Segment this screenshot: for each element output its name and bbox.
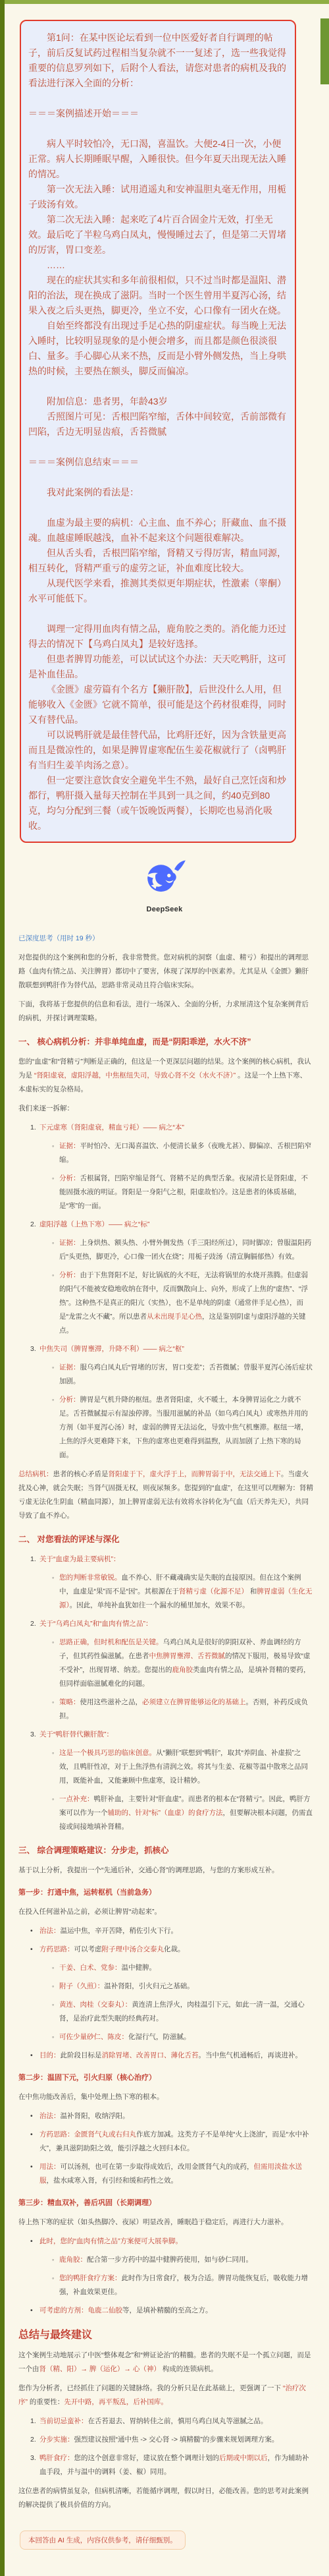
answer-list-item: •方药思路：可以考虑附子理中汤合交泰丸化裁。 <box>18 1943 313 1957</box>
highlighted-text: 关于“血虚为最主要病机”： <box>39 1555 120 1563</box>
answer-list-item: 1.当前切忌蛮补：在舌苔退去、胃纳转佳之前，慎用乌鸡白凤丸等滋腻之品。 <box>18 2415 313 2428</box>
highlighted-text: “肾阳虚衰，虚阳浮越，中焦枢纽失司，导致心肾不交（水火不济）” <box>34 1072 236 1079</box>
highlighted-text: 第二步：温固下元，引火归原（核心治疗） <box>18 2074 156 2082</box>
highlighted-text: 分析： <box>59 1271 80 1279</box>
highlighted-text: 肾精亏虚（化源不足） <box>179 1588 248 1595</box>
question-paragraph: 但患者脾胃功能差，可以试试这个办法：天天吃鸭肝，这可是补血佳品。 <box>28 652 288 682</box>
list-marker: 2. <box>30 2433 39 2447</box>
answer-list-item: •可考虑的方剂：龟鹿二仙胶等，是填补精髓的至高之方。 <box>18 2304 313 2318</box>
highlighted-text: 二、 对您看法的评述与深化 <box>18 1535 119 1544</box>
whale-icon <box>142 857 187 898</box>
highlighted-text: 方药思路： <box>39 2131 74 2138</box>
answer-list-item: ◦您的鸭肝食疗方案：此时作为日常食疗，极为合适。脾胃功能恢复后，吸收能力增强，补… <box>18 2272 313 2299</box>
question-paragraph: …… <box>28 258 288 273</box>
highlighted-text: 此时，您的“血肉有情之品”方案便可大展拳脚。 <box>39 2237 182 2245</box>
question-paragraph: 附加信息：患者男，年龄43岁 <box>28 394 288 409</box>
highlighted-text: 关于“鸭肝替代獭肝散”： <box>39 1731 113 1738</box>
highlighted-text: 方药思路： <box>39 1945 74 1953</box>
highlighted-text: 黄连、肉桂（交泰丸）： <box>59 2001 132 2009</box>
question-paragraph: 自始至终都没有出现过手足心热的阴虚症状。每当晚上无法入睡时，比较明显现象的是小便… <box>28 318 288 379</box>
answer-paragraph: 待上热下寒的症状（如头热脚冷、夜尿）明显改善，睡眠趋于稳定后，再进行大力滋补。 <box>18 2216 313 2229</box>
highlighted-text: 中焦失司（脾胃壅滞，升降不利）—— 病之“枢” <box>39 1345 184 1353</box>
answer-list-item: •治法：温补肾阳，收纳浮阳。 <box>18 2109 313 2123</box>
thinking-status[interactable]: 已深度思考（用时 19 秒） <box>18 933 313 943</box>
body-text: 可以汤剂，也可在第一步取得成效后，改用金匮肾气丸的成药， <box>61 2163 254 2171</box>
answer-paragraph: 总结病机：患者的核心矛盾是肾阳虚于下，虚火浮于上，而脾胃弱于中，无法交通上下。当… <box>18 1468 313 1523</box>
list-marker: • <box>30 2109 39 2123</box>
answer-list-item: ◦分析：由于下焦肾阳不足，好比锅底的火不旺，无法将锅里的水烧开蒸腾。但虚弱的阳气… <box>18 1269 313 1338</box>
answer-heading: 第三步：精血双补，善后巩固（长期调理） <box>18 2196 313 2210</box>
answer-list-item: ◦鹿角胶：配合第一步方药中的温中健脾药使用，如与砂仁同用。 <box>18 2253 313 2267</box>
answer-list-item: ◦干姜、白术、党参：温中健脾。 <box>18 1961 313 1975</box>
question-paragraph: 《金匮》虚劳篇有个名方【獭肝散】，后世没什么人用，但能够收入《金匮》它就不简单，… <box>28 682 288 728</box>
highlighted-text: 治法： <box>39 1927 61 1935</box>
highlighted-text: 第一步：打通中焦，运转枢机（当前急务） <box>18 1889 156 1897</box>
list-marker: ◦ <box>52 1792 59 1834</box>
answer-list-item: ◦附子（久煎）：温补肾阳，引火归元之基础。 <box>18 1980 313 1993</box>
answer-paragraph: 这个案例生动地展示了中医“整体观念”和“辨证论治”的精髓。患者的失眠不是一个孤立… <box>18 2349 313 2376</box>
highlighted-text: 您的判断非常敏锐。 <box>59 1574 122 1582</box>
question-paragraph: 舌照图片可见：舌根凹陷窄缩，舌体中间较宽，舌前部微有凹陷，舌边无明显齿痕，舌苔微… <box>28 409 288 440</box>
question-paragraph: 从现代医学来看，推测其类似更年期症状，性激素（睾酮）水平可能低下。 <box>28 576 288 606</box>
highlighted-text: 分析： <box>59 1396 80 1404</box>
body-text: 在舌苔退去、胃纳转佳之前，慎用乌鸡白凤丸等滋腻之品。 <box>88 2417 268 2425</box>
highlighted-text: 一点补充： <box>59 1795 94 1803</box>
question-paragraph: 第一次无法入睡：试用逍遥丸和安神温胆丸毫无作用，用栀子豉汤有效。 <box>28 182 288 212</box>
body-text: 温运中焦，辛开苦降，稍佐引火下行。 <box>61 1927 178 1935</box>
highlighted-text: 思路正确，但时机和配伍是关键。 <box>59 1638 163 1646</box>
highlighted-text: 肾（精、阳）→ 脾（运化）→ 心（神） <box>39 2365 161 2373</box>
highlighted-text: 鹿角胶 <box>172 1666 193 1674</box>
highlighted-text: 从未出现手足心热 <box>147 1313 202 1321</box>
body-text: 这位患者的病情虽复杂，但病机清晰，若能循序调理，假以时日，必能改善。您的思考对此… <box>18 2487 309 2509</box>
highlighted-text: 总结与最终建议 <box>18 2330 92 2341</box>
answer-list-item: ◦可佐少量砂仁、陈皮：化湿行气，防滋腻。 <box>18 2030 313 2044</box>
body-text: 在中焦功能改善后，集中处理上热下寒的根本。 <box>18 2093 164 2101</box>
body-text: 对您提供的这个案例和您的分析，我非常赞赏。您对病机的洞察（血虚、精亏）和提出的调… <box>18 954 309 989</box>
bottom-padding <box>0 2550 329 2576</box>
question-paragraph: ＝＝＝案例描述开始＝＝＝ <box>28 106 288 121</box>
highlighted-text: 下元虚寒（肾阳虚衰，精血亏耗）—— 病之“本” <box>39 1124 184 1131</box>
highlighted-text: 总结病机： <box>18 1470 53 1478</box>
question-paragraph: 调理一定得用血肉有情之品，鹿角胶之类的。消化能力还过得去的情况下【乌鸡白凤丸】是… <box>28 621 288 652</box>
body-text: 。因此，单纯补血犹如往一个漏水的桶里加水，效果不彰。 <box>70 1601 249 1609</box>
list-marker: ◦ <box>52 1571 59 1613</box>
highlighted-text: 您的鸭肝食疗方案： <box>59 2274 122 2282</box>
body-text: 脾胃是气机升降的枢纽。患者肾阳虚，火不暖土，本身脾胃运化之力就不足。舌苔微腻提示… <box>59 1396 308 1459</box>
highlighted-text: 当前切忌蛮补： <box>39 2417 88 2425</box>
list-marker: ◦ <box>52 1998 59 2026</box>
question-paragraph: 第二次无法入睡：起来吃了4片百合固金片无效，打坐无效。最后吃了半粒乌鸡白凤丸，慢… <box>28 212 288 258</box>
body-text: 平时怕冷、无口渴喜温饮、小便清长量多（夜晚尤甚）、脚偏凉、舌根凹陷窄缩。 <box>59 1142 311 1164</box>
answer-paragraph: 下面，我将基于您提供的信息和看法，进行一场深入、全面的分析，力求厘清这个复杂案例… <box>18 998 313 1025</box>
answer-list-item: 1.下元虚寒（肾阳虚衰，精血亏耗）—— 病之“本” <box>18 1121 313 1135</box>
highlighted-text: 金匮肾气丸或右归丸 <box>74 2131 137 2138</box>
body-text: 配合第一步方药中的温中健脾药使用，如与砂仁同用。 <box>87 2256 253 2264</box>
list-marker: 2. <box>30 1617 39 1631</box>
answer-list-item: ◦分析：舌根属肾，凹陷窄缩是肾气、肾精不足的典型舌象。夜尿清长是肾阳虚，不能固摄… <box>18 1172 313 1213</box>
answer-paragraph: 在中焦功能改善后，集中处理上热下寒的根本。 <box>18 2090 313 2104</box>
answer-heading: 总结与最终建议 <box>18 2328 313 2342</box>
body-text: 在投入任何滋补品之前，必须让脾胃“动起来”。 <box>18 1908 161 1916</box>
answer-list-item: ◦证据：平时怕冷、无口渴喜温饮、小便清长量多（夜晚尤甚）、脚偏凉、舌根凹陷窄缩。 <box>18 1139 313 1167</box>
body-text: 。当中焦气机通畅后，再谈进补。 <box>199 2051 303 2059</box>
answer-heading: 二、 对您看法的评述与深化 <box>18 1533 313 1547</box>
list-marker: • <box>30 2235 39 2248</box>
body-text: 我们来逐一拆解： <box>18 1104 74 1112</box>
answer-paragraph: 对您提供的这个案例和您的分析，我非常赞赏。您对病机的洞察（血虚、精亏）和提出的调… <box>18 951 313 992</box>
highlighted-text: 先开中路，再平叛乱，后补国库。 <box>64 2398 168 2406</box>
list-marker: ◦ <box>52 1961 59 1975</box>
highlighted-text: 鹿角胶： <box>59 2256 87 2264</box>
body-text: 等，是填补精髓的至高之方。 <box>122 2306 213 2314</box>
body-text: 下面，我将基于您提供的信息和看法，进行一场深入、全面的分析，力求厘清这个复杂案例… <box>18 1000 309 1022</box>
answer-list-item: 2.虚阳浮越（上热下寒）—— 病之“标” <box>18 1218 313 1232</box>
answer-list-item: •治法：温运中焦，辛开苦降，稍佐引火下行。 <box>18 1924 313 1938</box>
highlighted-text: 附子理中汤合交泰丸 <box>102 1945 164 1953</box>
list-marker: 3. <box>30 1342 39 1356</box>
answer-list-item: ◦证据：服乌鸡白凤丸后“胃堵的厉害，胃口变差”；舌苔微腻；曾服半夏泻心汤后症状加… <box>18 1361 313 1388</box>
body-text: 您的这个创意非常好，建议放在整个调理计划的 <box>74 2454 220 2462</box>
body-text: 和 <box>248 1588 257 1595</box>
answer-paragraph: 我们来逐一拆解： <box>18 1102 313 1116</box>
body-text: 的重要性： <box>28 2398 64 2406</box>
body-text: 强烈建议按照“通中焦 -> 交心肾 -> 填精髓”的步骤来规划调理方案。 <box>74 2436 279 2444</box>
answer-list-item: ◦策略：使用这些滋补之品，必须建立在脾胃能够运化的基础上。否则，补药反成负担。 <box>18 1696 313 1723</box>
list-marker: ◦ <box>52 1236 59 1264</box>
list-marker: ◦ <box>52 1980 59 1993</box>
body-text: 构成的连锁病机。 <box>161 2365 218 2373</box>
list-marker: 1. <box>30 1553 39 1566</box>
highlighted-text: 治法： <box>39 2112 61 2120</box>
answer-list-item: •此时，您的“血肉有情之品”方案便可大展拳脚。 <box>18 2235 313 2248</box>
list-marker: ◦ <box>52 2272 59 2299</box>
question-paragraph: 血虚为最主要的病机：心主血、血不养心；肝藏血、血不摄魂。血越虚睡眠越浅，血补不起… <box>28 515 288 546</box>
page: { "page": { "bg": "#faf7ea", "frame_left… <box>0 0 329 2576</box>
list-marker: ◦ <box>52 1139 59 1167</box>
answer-list-item: 3.中焦失司（脾胃壅滞，升降不利）—— 病之“枢” <box>18 1342 313 1356</box>
list-marker: ◦ <box>52 2253 59 2267</box>
answer-list-item: 3.鸭肝食疗：您的这个创意非常好，建议放在整个调理计划的后期或中期以后，作为辅助… <box>18 2451 313 2479</box>
list-marker: ◦ <box>52 1696 59 1723</box>
highlighted-text: 关于“乌鸡白凤丸”和“血肉有情之品”： <box>39 1620 153 1628</box>
body-text: ，盐水咸寒入肾，有引经和缓和药性之效。 <box>47 2177 178 2185</box>
answer-list-item: 1.关于“血虚为最主要病机”： <box>18 1553 313 1566</box>
scrollbar-thumb[interactable] <box>320 18 329 84</box>
deepseek-logo: DeepSeek <box>0 857 329 913</box>
list-marker: • <box>30 2160 39 2188</box>
answer-list-item: 2.关于“乌鸡白凤丸”和“血肉有情之品”： <box>18 1617 313 1631</box>
deepseek-wordmark: DeepSeek <box>0 905 329 913</box>
ai-disclaimer-badge: 本回答由 AI 生成，内容仅供参考，请仔细甄别。 <box>20 2531 186 2550</box>
list-marker: • <box>30 1924 39 1938</box>
answer-list-item: ◦思路正确，但时机和配伍是关键。乌鸡白凤丸是很好的阴阳双补、养血调经的方子，但其… <box>18 1636 313 1691</box>
highlighted-text: 鸭肝食疗： <box>39 2454 74 2462</box>
highlighted-text: 必须建立在脾胃能够运化的基础上 <box>142 1698 246 1706</box>
body-text: 您作为分析者，已经抓住了问题的关键脉络。我的分析只是在此基础上，更强调了一下 <box>18 2384 283 2392</box>
highlighted-text: 辅助的、针对“标”（血虚）的食疗方法 <box>108 1809 223 1817</box>
highlighted-text: 证据： <box>59 1239 80 1247</box>
answer-paragraph: 这位患者的病情虽复杂，但病机清晰，若能循序调理，假以时日，必能改善。您的思考对此… <box>18 2484 313 2512</box>
list-marker: 3. <box>30 1728 39 1742</box>
list-marker: ◦ <box>52 1393 59 1462</box>
highlighted-text: 一、 核心病机分析：并非单纯血虚，而是“阴阳乖逆，水火不济” <box>18 1037 251 1046</box>
body-text: 化裁。 <box>164 1945 185 1953</box>
answer-paragraph: 您作为分析者，已经抓住了问题的关键脉络。我的分析只是在此基础上，更强调了一下 “… <box>18 2382 313 2409</box>
highlighted-text: 三、 综合调理策略建议：分步走，抓核心 <box>18 1846 168 1855</box>
answer-heading: 第一步：打通中焦，运转枢机（当前急务） <box>18 1886 313 1900</box>
highlighted-text: 目的： <box>39 2051 61 2059</box>
list-marker: • <box>30 2049 39 2063</box>
answer-list-item: ◦分析：脾胃是气机升降的枢纽。患者肾阳虚，火不暖土，本身脾胃运化之力就不足。舌苔… <box>18 1393 313 1462</box>
question-paragraph: ＝＝＝案例信息结束＝＝＝ <box>28 455 288 470</box>
body-text: 温中健脾。 <box>122 1964 157 1972</box>
highlighted-text: 策略： <box>59 1698 80 1706</box>
list-marker: ◦ <box>52 1269 59 1338</box>
highlighted-text: 后期或中期以后 <box>219 2454 268 2462</box>
answer-list-item: 2.分步实施：强烈建议按照“通中焦 -> 交心肾 -> 填精髓”的步骤来规划调理… <box>18 2433 313 2447</box>
list-marker: 1. <box>30 1121 39 1135</box>
answer-paragraph: 您的“血虚”和“肾精亏”判断是正确的，但这是一个更深层问题的结果。这个案例的核心… <box>18 1055 313 1097</box>
highlighted-text: 可佐少量砂仁、陈皮： <box>59 2033 128 2041</box>
list-marker: • <box>30 2128 39 2156</box>
question-paragraph: 现在的症状其实和多年前很相似，只不过当时都是温阳、潜阳的治法，现在换成了滋阴。当… <box>28 273 288 318</box>
body-text: 服乌鸡白凤丸后“胃堵的厉害，胃口变差”；舌苔微腻；曾服半夏泻心汤后症状加剧。 <box>59 1363 313 1385</box>
highlighted-text: 可考虑的方剂： <box>39 2306 88 2314</box>
question-box: 第1问：在某中医论坛看到一位中医爱好者自行调理的帖子，前后反复试药过程相当复杂就… <box>20 20 296 843</box>
list-marker: ◦ <box>52 1636 59 1691</box>
body-text: 使用这些滋补之品， <box>80 1698 143 1706</box>
highlighted-text: 用法： <box>39 2163 61 2171</box>
highlighted-text: 证据： <box>59 1142 80 1150</box>
body-text: 可以考虑 <box>74 1945 102 1953</box>
highlighted-text: 干姜、白术、党参： <box>59 1964 122 1972</box>
highlighted-text: 证据： <box>59 1363 80 1371</box>
answer-list-item: ◦您的判断非常敏锐。血不养心、肝不藏魂确实是失眠的直接原因。但在这个案例中，血虚… <box>18 1571 313 1613</box>
body-text: 待上热下寒的症状（如头热脚冷、夜尿）明显改善，睡眠趋于稳定后，再进行大力滋补。 <box>18 2218 288 2226</box>
question-paragraph: 我对此案例的看法是： <box>28 485 288 500</box>
body-text: 化湿行气，防滋腻。 <box>128 2033 191 2041</box>
highlighted-text: 消除胃堵、改善胃口、薄化舌苔 <box>102 2051 199 2059</box>
question-paragraph: 可以说鸭肝就是最佳替代品，比鸡肝还好，因为含铁量更高而且是微凉性的，如果是脾胃虚… <box>28 728 288 773</box>
highlighted-text: 分析： <box>59 1174 80 1182</box>
list-marker: ◦ <box>52 1746 59 1788</box>
list-marker: 1. <box>30 2415 39 2428</box>
highlighted-text: 中焦脾胃壅滞、舌苔微腻 <box>149 1652 226 1660</box>
answer-list-item: ◦黄连、肉桂（交泰丸）：黄连清上焦浮火，肉桂温引下元，如此一清一温，交通心肾，是… <box>18 1998 313 2026</box>
list-marker: ◦ <box>52 1172 59 1213</box>
highlighted-text: 附子（久煎）： <box>59 1982 104 1990</box>
body-text: 患者的核心矛盾是 <box>53 1470 109 1478</box>
list-marker: • <box>30 1943 39 1957</box>
list-marker: ◦ <box>52 2030 59 2044</box>
highlighted-text: 第三步：精血双补，善后巩固（长期调理） <box>18 2199 156 2207</box>
answer-list-item: ◦证据：上身烘热、额头热、小臂外侧发热（手三阳经所过），同时脚凉；曾服温阳药后“… <box>18 1236 313 1264</box>
highlighted-text: 这是一个极具巧思的临床创意。 <box>59 1749 156 1757</box>
body-text: 此阶段目标是 <box>61 2051 102 2059</box>
body-text: 温补肾阳，引火归元之基础。 <box>104 1982 194 1990</box>
answer-body: 对您提供的这个案例和您的分析，我非常赞赏。您对病机的洞察（血虚、精亏）和提出的调… <box>18 951 313 2512</box>
page-left-border <box>0 0 5 2576</box>
answer-list-item: ◦一点补充：鸭肝补血，主要针对“肝血虚”。而患者的根本在“肾精亏”。因此，鸭肝方… <box>18 1792 313 1834</box>
highlighted-text: 肾阳虚于下，虚火浮于上，而脾胃弱于中，无法交通上下 <box>109 1470 282 1478</box>
list-marker: ◦ <box>52 1361 59 1388</box>
list-marker: • <box>30 2304 39 2318</box>
answer-list-item: •方药思路：金匮肾气丸或右归丸作底方加减。这类方子不是单纯“火上浇油”，而是“水… <box>18 2128 313 2156</box>
answer-list-item: •目的：此阶段目标是消除胃堵、改善胃口、薄化舌苔。当中焦气机通畅后，再谈进补。 <box>18 2049 313 2063</box>
question-paragraph: 但一定要注意饮食安全避免半生不熟，最好自己烹饪卤和炒都行，鸭肝摄入量每天控制在半… <box>28 773 288 834</box>
answer-paragraph: 基于以上分析，我提出一个“先通后补，交通心肾”的调理思路，与您的方案形成互补。 <box>18 1864 313 1877</box>
answer-heading: 一、 核心病机分析：并非单纯血虚，而是“阴阳乖逆，水火不济” <box>18 1035 313 1049</box>
question-paragraph: 病人平时较怕冷，无口渴，喜温饮。大便2-4日一次，小便正常。病人长期睡眠早醒，入… <box>28 136 288 182</box>
answer-list-item: ◦这是一个极具巧思的临床创意。从“獭肝”联想到“鸭肝”，取其“养阴血、补虚损”之… <box>18 1746 313 1788</box>
highlighted-text: 分步实施： <box>39 2436 74 2444</box>
list-marker: 2. <box>30 1218 39 1232</box>
question-paragraph: 第1问：在某中医论坛看到一位中医爱好者自行调理的帖子，前后反复试药过程相当复杂就… <box>28 30 288 91</box>
answer-list-item: •用法：可以汤剂，也可在第一步取得成效后，改用金匮肾气丸的成药，但需用淡盐水送服… <box>18 2160 313 2188</box>
body-text: 舌根属肾，凹陷窄缩是肾气、肾精不足的典型舌象。夜尿清长是肾阳虚，不能固摄水液的明… <box>59 1174 308 1210</box>
body-text: 温补肾阳，收纳浮阳。 <box>61 2112 130 2120</box>
answer-paragraph: 在投入任何滋补品之前，必须让脾胃“动起来”。 <box>18 1905 313 1919</box>
list-marker: 3. <box>30 2451 39 2479</box>
page-top-border <box>0 0 329 4</box>
highlighted-text: 龟鹿二仙胶 <box>88 2306 123 2314</box>
answer-list-item: 3.关于“鸭肝替代獭肝散”： <box>18 1728 313 1742</box>
body-text: 上身烘热、额头热、小臂外侧发热（手三阳经所过），同时脚凉；曾服温阳药后“头更热，… <box>59 1239 311 1261</box>
highlighted-text: 虚阳浮越（上热下寒）—— 病之“标” <box>39 1220 149 1228</box>
answer-heading: 第二步：温固下元，引火归原（核心治疗） <box>18 2071 313 2085</box>
body-text: 基于以上分析，我提出一个“先通后补，交通心肾”的调理思路，与您的方案形成互补。 <box>18 1866 279 1874</box>
question-paragraph: 但从舌头看，舌根凹陷窄缩，肾精又亏得厉害，精血同源，相互转化，肾精严重亏的虚劳之… <box>28 546 288 576</box>
answer-heading: 三、 综合调理策略建议：分步走，抓核心 <box>18 1844 313 1858</box>
